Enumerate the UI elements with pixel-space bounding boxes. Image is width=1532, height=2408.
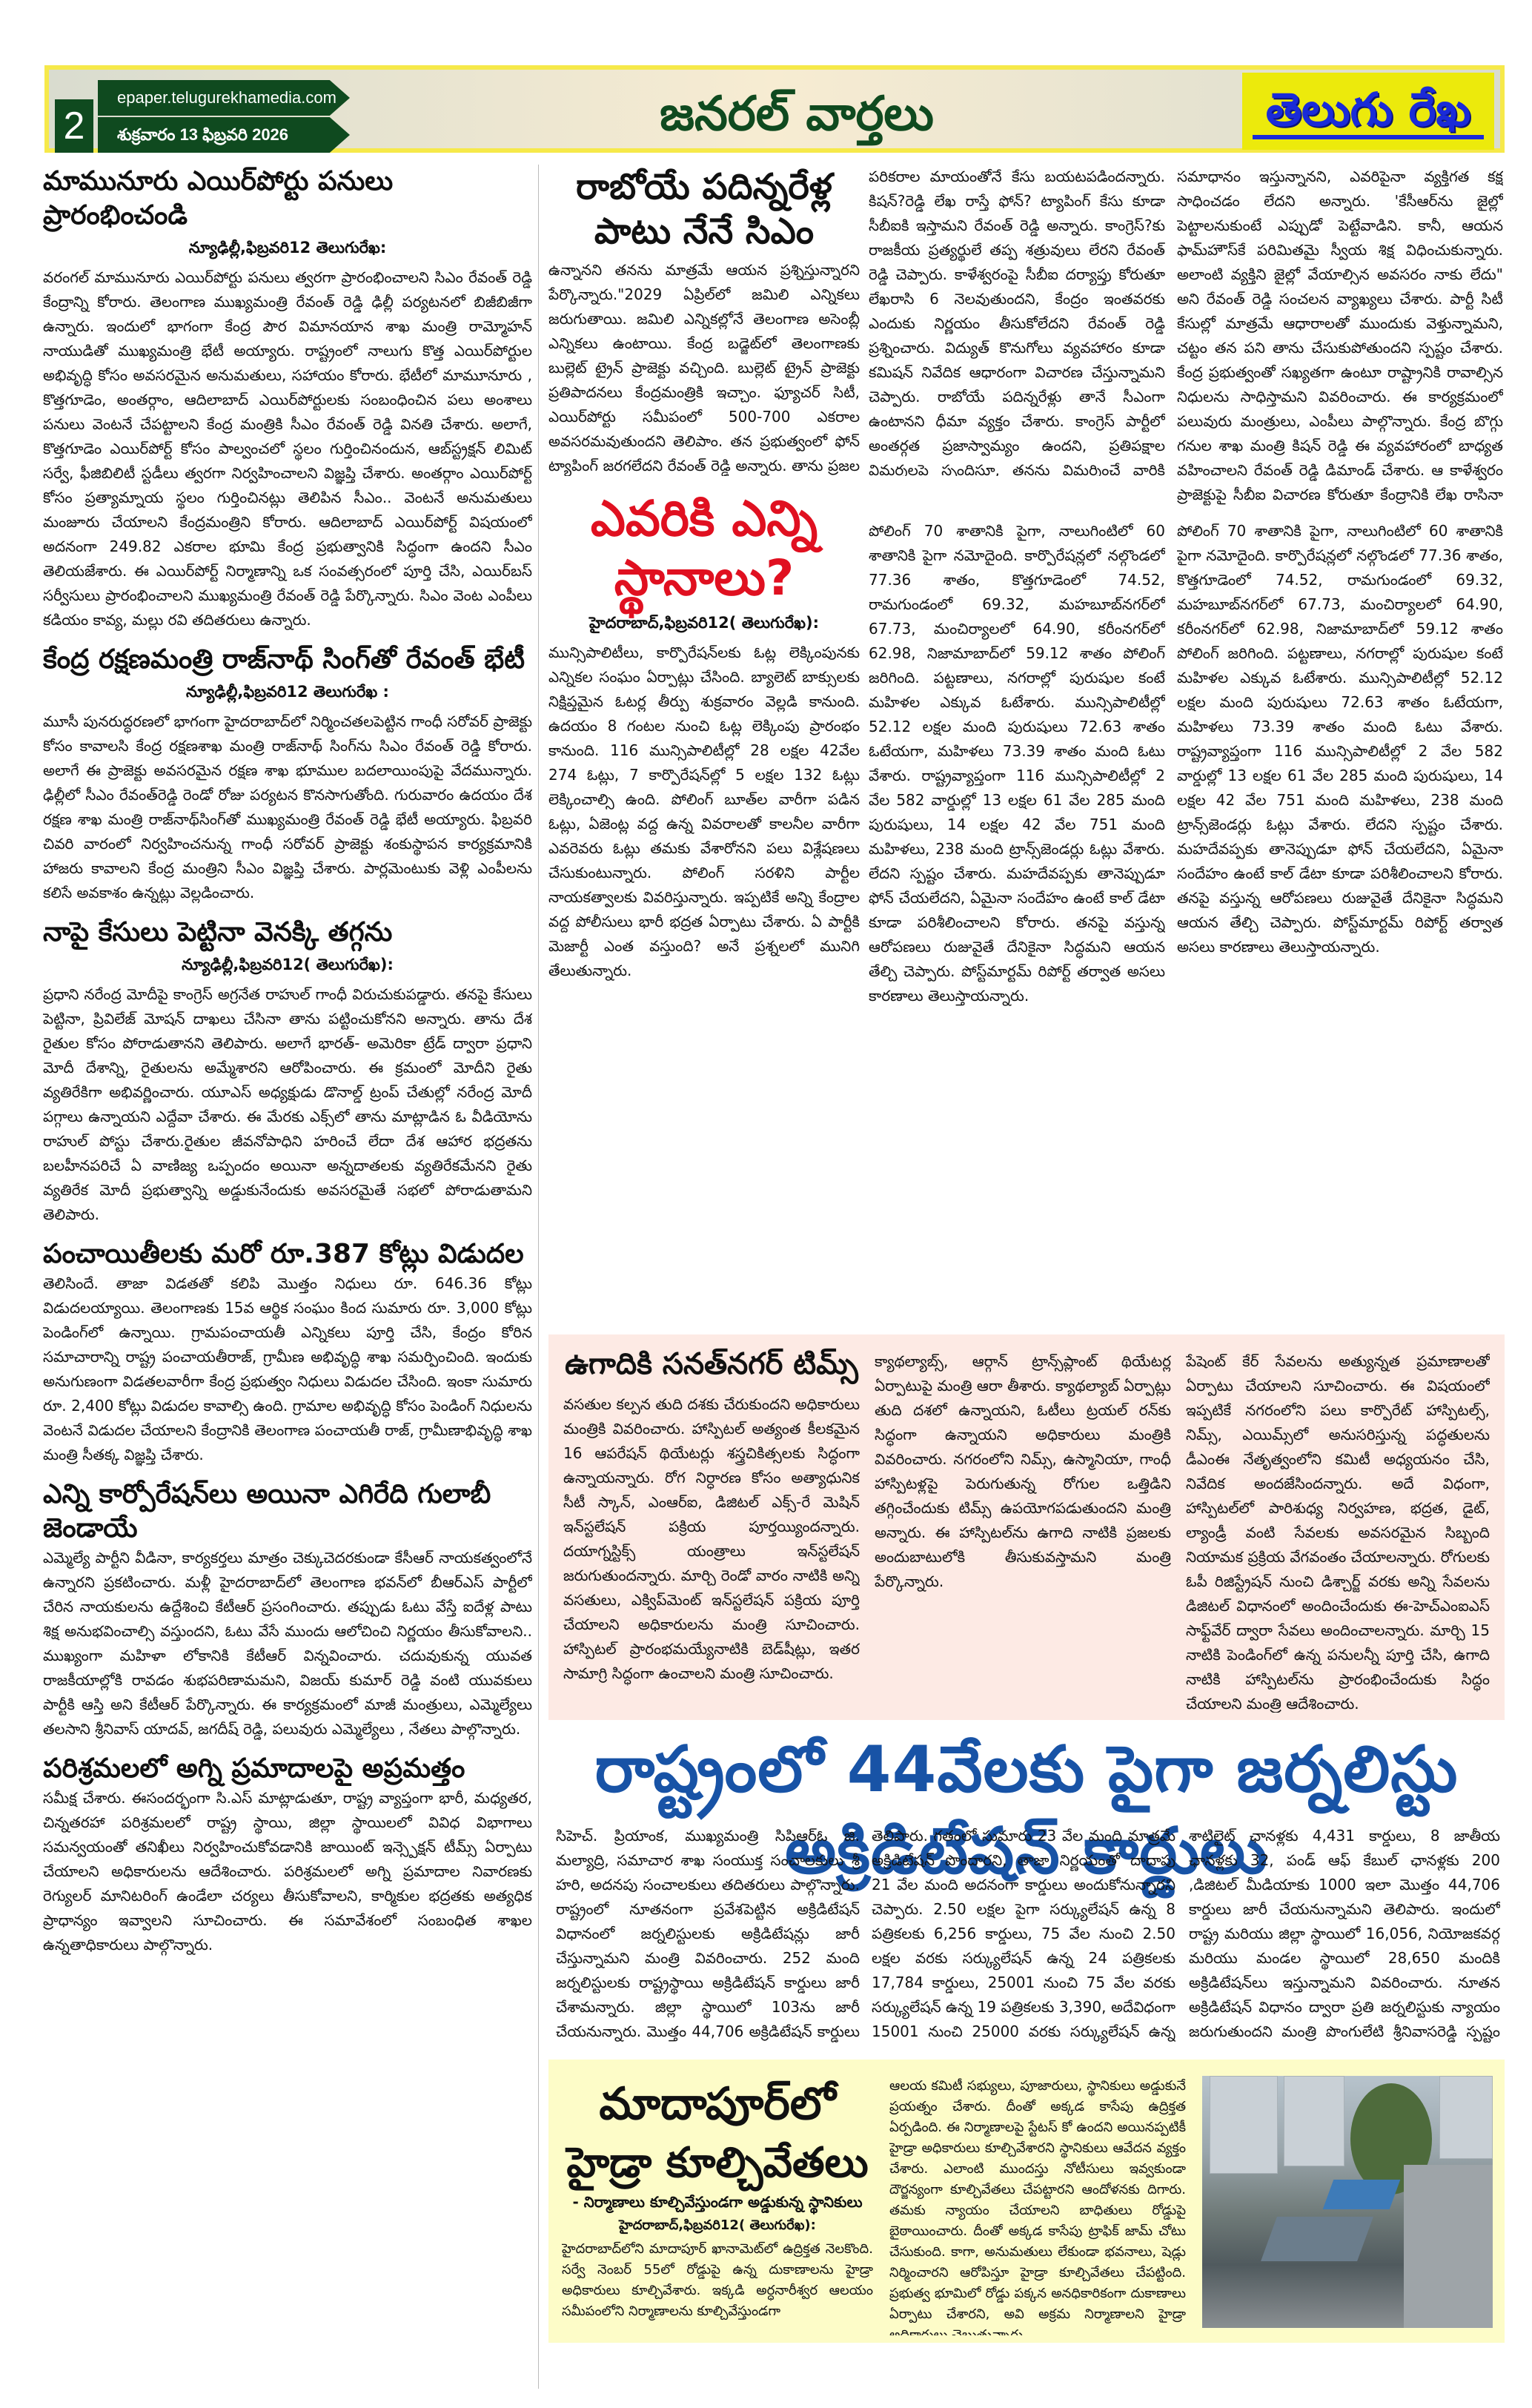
tims-box: ఉగాదికి సనత్‌నగర్ టిమ్స్ వసతుల కల్పన తుద… [548,1334,1505,1720]
body-panchayat: తెలిసిందే. తాజా విడతతో కలిపి మొత్తం నిధు… [43,1271,532,1467]
article-seats-far-right: పోలింగ్ 70 శాతానికి పైగా, నాలుగింటిలో 60… [1177,519,1503,1320]
body-cases: ప్రధాని నరేంద్ర మోదీపై కాంగ్రెస్ అగ్రనేత… [43,982,532,1227]
article-panchayat: పంచాయితీలకు మరో రూ.387 కోట్లు విడుదల తెల… [43,1237,532,1467]
body-fire: సమీక్ష చేశారు. ఈసందర్భంగా సి.ఎస్ మాట్లాడ… [43,1786,532,1957]
headline-pink-flag: ఎన్ని కార్పోరేషన్‌లు అయినా ఎగిరేది గులాబ… [43,1478,532,1546]
masthead: 2 epaper.telugurekhamedia.com శుక్రవారం … [44,65,1505,153]
photo-shed [1261,2217,1373,2261]
body-rajnath: మూసీ పునరుద్ధరణలో భాగంగా హైదరాబాద్‌లో ని… [43,709,532,905]
headline-seats: ఎవరికి ఎన్ని స్థానాలు? [548,489,860,608]
body-tims-right: క్యాథల్యాబ్స్, ఆర్గాన్ ట్రాన్స్‌ప్లాంట్ … [875,1349,1171,1594]
edition-date: శుక్రవారం 13 ఫిబ్రవరి 2026 [98,117,350,153]
section-title: జనరల్ వార్తలు [360,77,1233,151]
headline-fire: పరిశ్రమలలో అగ్ని ప్రమాదాలపై అప్రమత్తం [43,1752,532,1786]
dateline-cases: న్యూఢిల్లీ,ఫిబ్రవరి12( తెలుగురేఖ): [43,956,532,978]
body-seats-far-right: పోలింగ్ 70 శాతానికి పైగా, నాలుగింటిలో 60… [1177,519,1503,959]
madhapur-middle: ఆలయ కమిటీ సభ్యులు, పూజారులు, స్థానికులు … [889,2076,1186,2335]
headline-rajnath: కేంద్ర రక్షణమంత్రి రాజ్‌నాథ్ సింగ్‌తో రే… [43,643,532,677]
article-cases: నాపై కేసులు పెట్టినా వెనక్కి తగ్గను న్యూ… [43,916,532,1227]
dateline-airport: న్యూఢిల్లీ,ఫిబ్రవరి12 తెలుగురేఖ: [43,239,532,261]
body-madhapur-left: హైదరాబాద్‌లోని మాదాపూర్ ఖానామెట్‌లో ఉద్ర… [562,2239,873,2322]
article-rajnath: కేంద్ర రక్షణమంత్రి రాజ్‌నాథ్ సింగ్‌తో రే… [43,643,532,905]
newspaper-logo: తెలుగు రేఖ [1242,73,1494,150]
body-tims-left: వసతుల కల్పన తుది దశకు చేరుకుందని అధికారు… [563,1392,860,1686]
tims-right: పేషెంట్ కేర్ సేవలను అత్యున్నత ప్రమాణాలతో… [1186,1349,1490,1713]
article-cm-ten-years: రాబోయే పదిన్నరేళ్ల పాటు నేనే సిఎం ఉన్నాన… [548,165,860,476]
dateline-rajnath: న్యూఢిల్లీ,ఫిబ్రవరి12 తెలుగురేఖ : [43,683,532,705]
journalists-col-2: తెలిపారు. గతంలో సుమారు 23 వేల మంది మాత్ర… [872,1824,1175,2046]
body-seats-left: మున్సిపాలిటీలు, కార్పొరేషన్‌లకు ఓట్ల లెక… [548,641,860,983]
article-pink-flag: ఎన్ని కార్పోరేషన్‌లు అయినా ఎగిరేది గులాబ… [43,1478,532,1741]
headline-madhapur-line2: హైడ్రా కూల్చివేతలు [562,2134,873,2193]
article-seats-continued: పోలింగ్ 70 శాతానికి పైగా, నాలుగింటిలో 60… [869,519,1165,1320]
subheadline-madhapur: - నిర్మాణాలు కూల్చివేస్తుండగా అడ్డుకున్న… [562,2193,873,2214]
body-cm-far-right: సమాధానం ఇస్తున్నానని, ఎవరిపైనా వ్యక్తిగత… [1177,165,1503,506]
headline-cm-ten-years: రాబోయే పదిన్నరేళ్ల పాటు నేనే సిఎం [548,165,860,254]
body-pink-flag: ఎమ్మెల్యే పార్టీని వీడినా, కార్యకర్తలు మ… [43,1546,532,1741]
headline-panchayat: పంచాయితీలకు మరో రూ.387 కోట్లు విడుదల [43,1237,532,1271]
headline-madhapur-line1: మాదాపూర్‌లో [562,2074,873,2134]
article-airport: మామునూరు ఎయిర్‌పోర్టు పనులు ప్రారంభించండ… [43,165,532,632]
body-cm-left: ఉన్నానని తనను మాత్రమే ఆయన ప్రశ్నిస్తున్న… [548,258,860,476]
body-journalists-2: తెలిపారు. గతంలో సుమారు 23 వేల మంది మాత్ర… [872,1824,1175,2046]
body-tims-far-right: పేషెంట్ కేర్ సేవలను అత్యున్నత ప్రమాణాలతో… [1186,1349,1490,1713]
tims-left: ఉగాదికి సనత్‌నగర్ టిమ్స్ వసతుల కల్పన తుద… [563,1342,860,1713]
article-cm-far-right: సమాధానం ఇస్తున్నానని, ఎవరిపైనా వ్యక్తిగత… [1177,165,1503,506]
photo-building [1210,2076,1278,2174]
column-divider [538,165,539,2389]
body-journalists-1: సిహెచ్. ప్రియాంక, ముఖ్యమంత్రి సిపిఆర్‌ఓ … [556,1824,860,2046]
article-seats: ఎవరికి ఎన్ని స్థానాలు? హైదరాబాద్,ఫిబ్రవర… [548,489,860,1320]
site-url-link[interactable]: epaper.telugurekhamedia.com [98,80,350,116]
body-madhapur-right: ఆలయ కమిటీ సభ్యులు, పూజారులు, స్థానికులు … [889,2076,1186,2335]
madhapur-left: మాదాపూర్‌లో హైడ్రా కూల్చివేతలు - నిర్మాణ… [562,2074,873,2341]
logo-underline [1253,135,1484,139]
article-cm-continued: పరికరాల మాయంతోనే కేసు బయటపడిందన్నారు. కి… [869,165,1165,476]
demolition-photo [1202,2076,1493,2328]
logo-text: తెలుగు రేఖ [1266,82,1470,136]
headline-cases: నాపై కేసులు పెట్టినా వెనక్కి తగ్గను [43,916,532,950]
photo-shed [1323,2180,1401,2209]
masthead-band: 2 epaper.telugurekhamedia.com శుక్రవారం … [49,70,1500,148]
madhapur-box: మాదాపూర్‌లో హైడ్రా కూల్చివేతలు - నిర్మాణ… [548,2060,1505,2343]
page-number: 2 [55,99,93,153]
journalists-col-3: శాటిలైట్ ఛానళ్లకు 4,431 కార్డులు, 8 జాతీ… [1189,1824,1500,2046]
body-cm-right: పరికరాల మాయంతోనే కేసు బయటపడిందన్నారు. కి… [869,165,1165,476]
body-journalists-3: శాటిలైట్ ఛానళ్లకు 4,431 కార్డులు, 8 జాతీ… [1189,1824,1500,2046]
headline-airport: మామునూరు ఎయిర్‌పోర్టు పనులు ప్రారంభించండ… [43,165,532,233]
photo-road [1404,2165,1493,2328]
photo-building [1439,2076,1493,2159]
body-seats-right: పోలింగ్ 70 శాతానికి పైగా, నాలుగింటిలో 60… [869,519,1165,1008]
headline-journalists: రాష్ట్రంలో 44వేలకు పైగా జర్నలిస్టు అక్రి… [548,1729,1505,1815]
journalists-col-1: సిహెచ్. ప్రియాంక, ముఖ్యమంత్రి సిపిఆర్‌ఓ … [556,1824,860,2046]
dateline-seats: హైదరాబాద్,ఫిబ్రవరి12( తెలుగురేఖ): [548,614,860,636]
dateline-madhapur: హైదరాబాద్,ఫిబ్రవరి12( తెలుగురేఖ): [562,2217,873,2236]
photo-building [1284,2076,1344,2166]
headline-tims: ఉగాదికి సనత్‌నగర్ టిమ్స్ [563,1342,860,1386]
column-left: మామునూరు ఎయిర్‌పోర్టు పనులు ప్రారంభించండ… [43,165,532,2344]
body-airport: వరంగల్ మామునూరు ఎయిర్‌పోర్టు పనులు త్వరగ… [43,265,532,632]
article-fire: పరిశ్రమలలో అగ్ని ప్రమాదాలపై అప్రమత్తం సమ… [43,1752,532,1957]
tims-middle: క్యాథల్యాబ్స్, ఆర్గాన్ ట్రాన్స్‌ప్లాంట్ … [875,1349,1171,1713]
